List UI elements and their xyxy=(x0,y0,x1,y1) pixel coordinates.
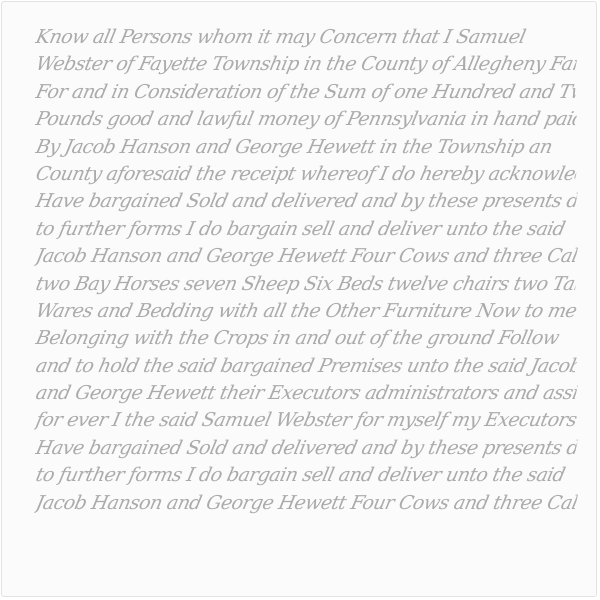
script-line: Pounds good and lawful money of Pennsylv… xyxy=(33,106,579,133)
stencil-canvas: Know all Persons whom it may Concern tha… xyxy=(1,1,597,597)
script-line: Have bargained Sold and delivered and by… xyxy=(33,188,579,215)
script-line: Belonging with the Crops in and out of t… xyxy=(33,325,579,352)
script-line: For and in Consideration of the Sum of o… xyxy=(33,79,579,106)
script-line: Jacob Hanson and George Hewett Four Cows… xyxy=(33,243,579,270)
script-line: County aforesaid the receipt whereof I d… xyxy=(33,161,579,188)
script-line: By Jacob Hanson and George Hewett in the… xyxy=(33,134,579,161)
script-line: to further forms I do bargain sell and d… xyxy=(33,462,579,489)
script-line: Jacob Hanson and George Hewett Four Cows… xyxy=(33,490,579,517)
script-line: Know all Persons whom it may Concern tha… xyxy=(33,24,579,51)
script-line: and to hold the said bargained Premises … xyxy=(33,353,579,380)
script-line: and George Hewett their Executors admini… xyxy=(33,380,579,407)
script-line: Wares and Bedding with all the Other Fur… xyxy=(33,298,579,325)
script-line: Webster of Fayette Township in the Count… xyxy=(33,51,579,78)
script-line: two Bay Horses seven Sheep Six Beds twel… xyxy=(33,271,579,298)
script-line: Have bargained Sold and delivered and by… xyxy=(33,435,579,462)
script-line: to further forms I do bargain sell and d… xyxy=(33,216,579,243)
handwritten-script: Know all Persons whom it may Concern tha… xyxy=(36,24,576,517)
script-line: for ever I the said Samuel Webster for m… xyxy=(33,407,579,434)
